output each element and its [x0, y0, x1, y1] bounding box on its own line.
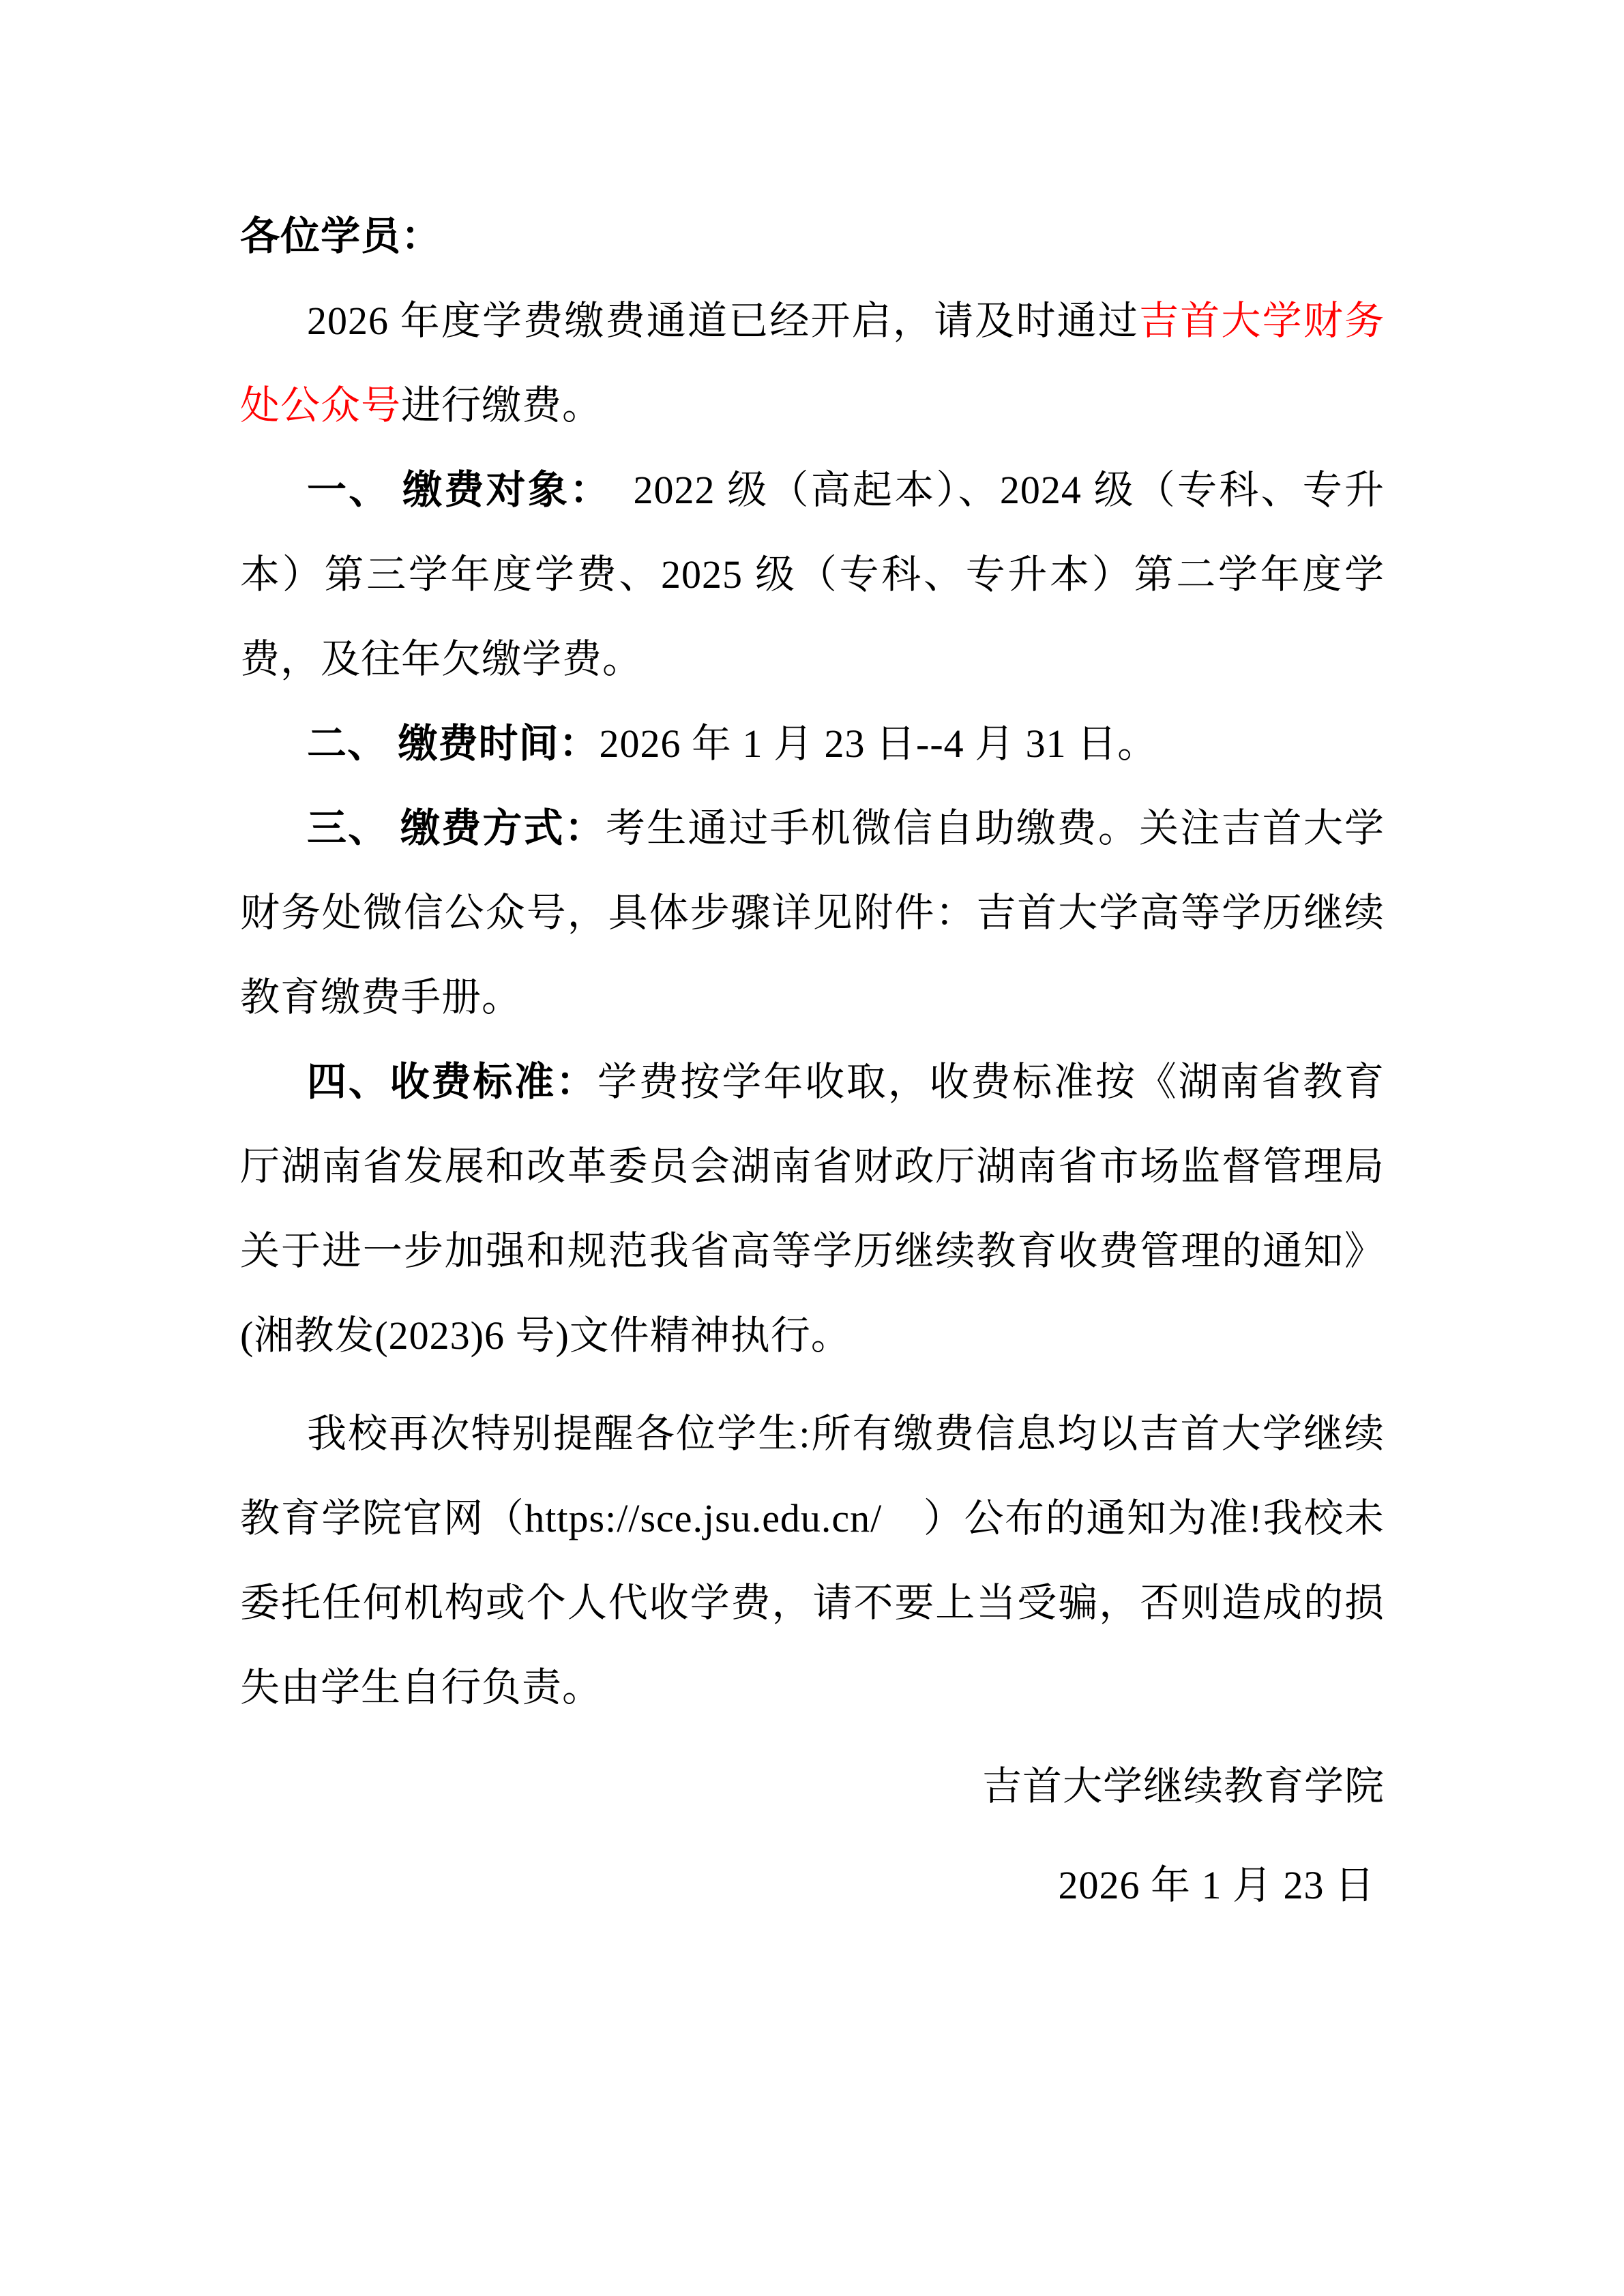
date-text: 2026 年 1 月 23 日	[1058, 1863, 1375, 1907]
salutation-text: 各位学员：	[240, 214, 441, 258]
notice-body: 各位学员： 2026 年度学费缴费通道已经开启，请及时通过吉首大学财务处公众号进…	[240, 194, 1385, 1928]
document-page: 各位学员： 2026 年度学费缴费通道已经开启，请及时通过吉首大学财务处公众号进…	[0, 0, 1624, 2296]
date-line: 2026 年 1 月 23 日	[240, 1843, 1385, 1928]
reminder-text: 我校再次特别提醒各位学生:所有缴费信息均以吉首大学继续教育学院官网（https:…	[240, 1412, 1385, 1710]
salutation: 各位学员：	[240, 194, 1385, 279]
intro-paragraph: 2026 年度学费缴费通道已经开启，请及时通过吉首大学财务处公众号进行缴费。	[240, 279, 1385, 448]
item-payment-time-label: 二、 缴费时间：	[307, 721, 600, 766]
item-payment-method-label: 三、 缴费方式：	[307, 806, 606, 850]
item-payment-method: 三、 缴费方式：考生通过手机微信自助缴费。关注吉首大学财务处微信公众号，具体步骤…	[240, 786, 1385, 1040]
intro-text-after: 进行缴费。	[401, 383, 602, 428]
item-payment-time-text: 2026 年 1 月 23 日--4 月 31 日。	[600, 721, 1158, 766]
item-fee-standard-label: 四、收费标准：	[307, 1060, 597, 1104]
signature-text: 吉首大学继续教育学院	[982, 1764, 1385, 1808]
item-payment-target-label: 一、 缴费对象：	[307, 468, 591, 512]
item-payment-target: 一、 缴费对象： 2022 级（高起本）、2024 级（专科、专升本）第三学年度…	[240, 448, 1385, 702]
signature-line: 吉首大学继续教育学院	[240, 1744, 1385, 1829]
item-fee-standard-text: 学费按学年收取，收费标准按《湖南省教育厅湖南省发展和改革委员会湖南省财政厅湖南省…	[240, 1060, 1385, 1358]
item-payment-time: 二、 缴费时间：2026 年 1 月 23 日--4 月 31 日。	[240, 702, 1385, 786]
reminder-paragraph: 我校再次特别提醒各位学生:所有缴费信息均以吉首大学继续教育学院官网（https:…	[240, 1392, 1385, 1730]
intro-text-before: 2026 年度学费缴费通道已经开启，请及时通过	[307, 299, 1139, 343]
item-fee-standard: 四、收费标准：学费按学年收取，收费标准按《湖南省教育厅湖南省发展和改革委员会湖南…	[240, 1040, 1385, 1378]
